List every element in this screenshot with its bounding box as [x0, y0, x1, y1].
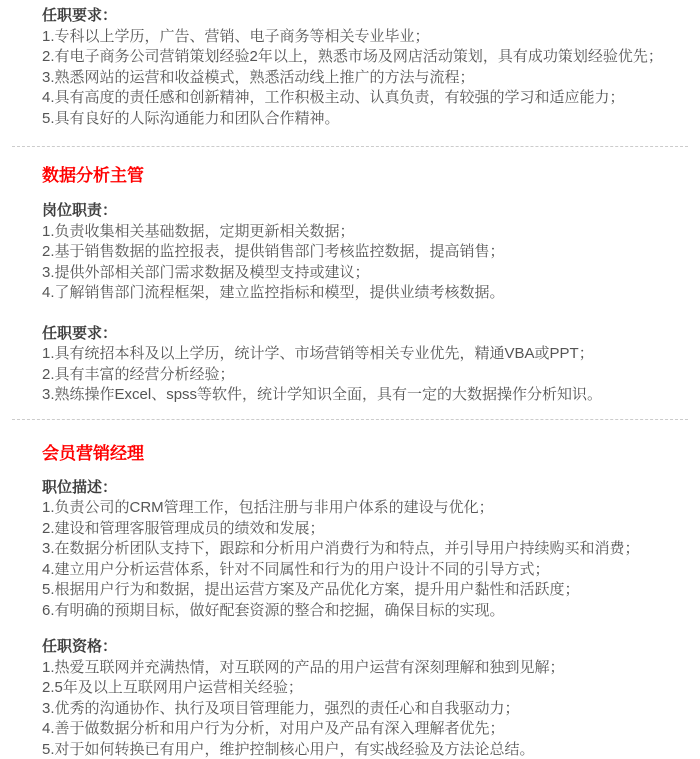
- qualification-item: 5.对于如何转换已有用户，维护控制核心用户，有实战经验及方法论总结。: [42, 740, 690, 759]
- section-subtitle: 任职资格：: [42, 637, 690, 658]
- description-item: 4.建立用户分析运营体系，针对不同属性和行为的用户设计不同的引导方式；: [42, 560, 690, 581]
- section-subtitle: 岗位职责：: [42, 201, 690, 222]
- requirements-group: 任职要求： 1.具有统招本科及以上学历，统计学、市场营销等相关专业优先，精通VB…: [42, 324, 690, 406]
- job-section-data-analysis-supervisor: 数据分析主管 岗位职责： 1.负责收集相关基础数据，定期更新相关数据； 2.基于…: [0, 164, 700, 406]
- section-subtitle: 职位描述：: [42, 478, 690, 499]
- description-item: 3.在数据分析团队支持下，跟踪和分析用户消费行为和特点，并引导用户持续购买和消费…: [42, 539, 690, 560]
- qualification-item: 4.善于做数据分析和用户行为分析，对用户及产品有深入理解者优先；: [42, 719, 690, 740]
- requirement-item: 2.具有丰富的经营分析经验；: [42, 365, 690, 386]
- qualification-item: 1.热爱互联网并充满热情，对互联网的产品的用户运营有深刻理解和独到见解；: [42, 658, 690, 679]
- job-listings-page: 任职要求： 1.专科以上学历，广告、营销、电子商务等相关专业毕业； 2.有电子商…: [0, 0, 700, 759]
- description-item: 2.建设和管理客服管理成员的绩效和发展；: [42, 519, 690, 540]
- responsibilities-group: 岗位职责： 1.负责收集相关基础数据，定期更新相关数据； 2.基于销售数据的监控…: [42, 201, 690, 304]
- section-subtitle: 任职要求：: [42, 6, 690, 27]
- description-group: 职位描述： 1.负责公司的CRM管理工作，包括注册与非用户体系的建设与优化； 2…: [42, 478, 690, 622]
- description-item: 1.负责公司的CRM管理工作，包括注册与非用户体系的建设与优化；: [42, 498, 690, 519]
- job-section-member-marketing-manager: 会员营销经理 职位描述： 1.负责公司的CRM管理工作，包括注册与非用户体系的建…: [0, 442, 700, 759]
- responsibility-item: 3.提供外部相关部门需求数据及模型支持或建议；: [42, 263, 690, 284]
- requirement-item: 4.具有高度的责任感和创新精神，工作积极主动、认真负责，有较强的学习和适应能力；: [42, 88, 690, 109]
- requirement-item: 3.熟悉网站的运营和收益模式，熟悉活动线上推广的方法与流程；: [42, 68, 690, 89]
- qualifications-group: 任职资格： 1.热爱互联网并充满热情，对互联网的产品的用户运营有深刻理解和独到见…: [42, 637, 690, 759]
- requirement-item: 2.有电子商务公司营销策划经验2年以上，熟悉市场及网店活动策划，具有成功策划经验…: [42, 47, 690, 68]
- responsibility-item: 4.了解销售部门流程框架，建立监控指标和模型，提供业绩考核数据。: [42, 283, 690, 304]
- requirement-item: 5.具有良好的人际沟通能力和团队合作精神。: [42, 109, 690, 130]
- description-item: 6.有明确的预期目标，做好配套资源的整合和挖掘，确保目标的实现。: [42, 601, 690, 622]
- qualification-item: 2.5年及以上互联网用户运营相关经验；: [42, 678, 690, 699]
- job-title: 数据分析主管: [42, 164, 690, 188]
- responsibility-item: 2.基于销售数据的监控报表，提供销售部门考核监控数据，提高销售；: [42, 242, 690, 263]
- description-item: 5.根据用户行为和数据，提出运营方案及产品优化方案，提升用户黏性和活跃度；: [42, 580, 690, 601]
- section-subtitle: 任职要求：: [42, 324, 690, 345]
- section-divider: [12, 146, 688, 147]
- requirement-item: 3.熟练操作Excel、spss等软件，统计学知识全面，具有一定的大数据操作分析…: [42, 385, 690, 406]
- job-title: 会员营销经理: [42, 442, 690, 466]
- requirement-item: 1.专科以上学历，广告、营销、电子商务等相关专业毕业；: [42, 27, 690, 48]
- section-divider: [12, 419, 688, 420]
- requirement-item: 1.具有统招本科及以上学历，统计学、市场营销等相关专业优先，精通VBA或PPT；: [42, 344, 690, 365]
- responsibility-item: 1.负责收集相关基础数据，定期更新相关数据；: [42, 222, 690, 243]
- qualification-item: 3.优秀的沟通协作、执行及项目管理能力，强烈的责任心和自我驱动力；: [42, 699, 690, 720]
- requirements-group: 任职要求： 1.专科以上学历，广告、营销、电子商务等相关专业毕业； 2.有电子商…: [42, 6, 690, 129]
- job-section-top: 任职要求： 1.专科以上学历，广告、营销、电子商务等相关专业毕业； 2.有电子商…: [0, 0, 700, 129]
